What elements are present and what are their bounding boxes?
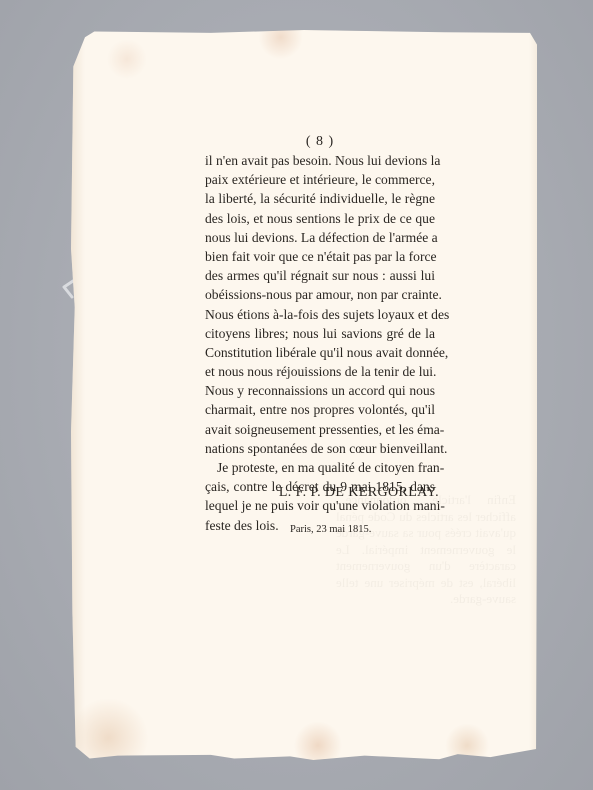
text-line: avait soigneusement pressenties, et les … xyxy=(205,420,435,439)
document-page: Enfin l'article... ordonnance... affiche… xyxy=(71,30,537,760)
dateline: Paris, 23 mai 1815. xyxy=(290,524,371,535)
text-line: la liberté, la sécurité individuelle, le… xyxy=(205,189,435,208)
body-text: il n'en avait pas besoin. Nous lui devio… xyxy=(205,151,435,535)
text-line: bien fait voir que ce n'était pas par la… xyxy=(205,247,435,266)
text-line: des lois, et nous sentions le prix de ce… xyxy=(205,209,435,228)
text-line: il n'en avait pas besoin. Nous lui devio… xyxy=(205,151,435,170)
text-line: Nous étions à-la-fois des sujets loyaux … xyxy=(205,305,435,324)
text-line: et nous nous réjouissions de la tenir de… xyxy=(205,362,435,381)
signature: L. F. P. DE KERGORLAY. xyxy=(279,485,439,501)
text-line: nous lui devions. La défection de l'armé… xyxy=(205,228,435,247)
page-number: ( 8 ) xyxy=(205,134,435,150)
paragraph-start-line: Je proteste, en ma qualité de citoyen fr… xyxy=(205,458,435,477)
text-line: des armes qu'il régnait sur nous : aussi… xyxy=(205,266,435,285)
text-line: nations spontanées de son cœur bienveill… xyxy=(205,439,435,458)
text-line: Nous y reconnaissions un accord qui nous xyxy=(205,381,435,400)
text-line: Constitution libérale qu'il nous avait d… xyxy=(205,343,435,362)
text-line: obéissions-nous par amour, non par crain… xyxy=(205,285,435,304)
text-line: citoyens libres; nous lui savions gré de… xyxy=(205,324,435,343)
text-line: charmait, entre nos propres volontés, qu… xyxy=(205,400,435,419)
text-line: paix extérieure et intérieure, le commer… xyxy=(205,170,435,189)
